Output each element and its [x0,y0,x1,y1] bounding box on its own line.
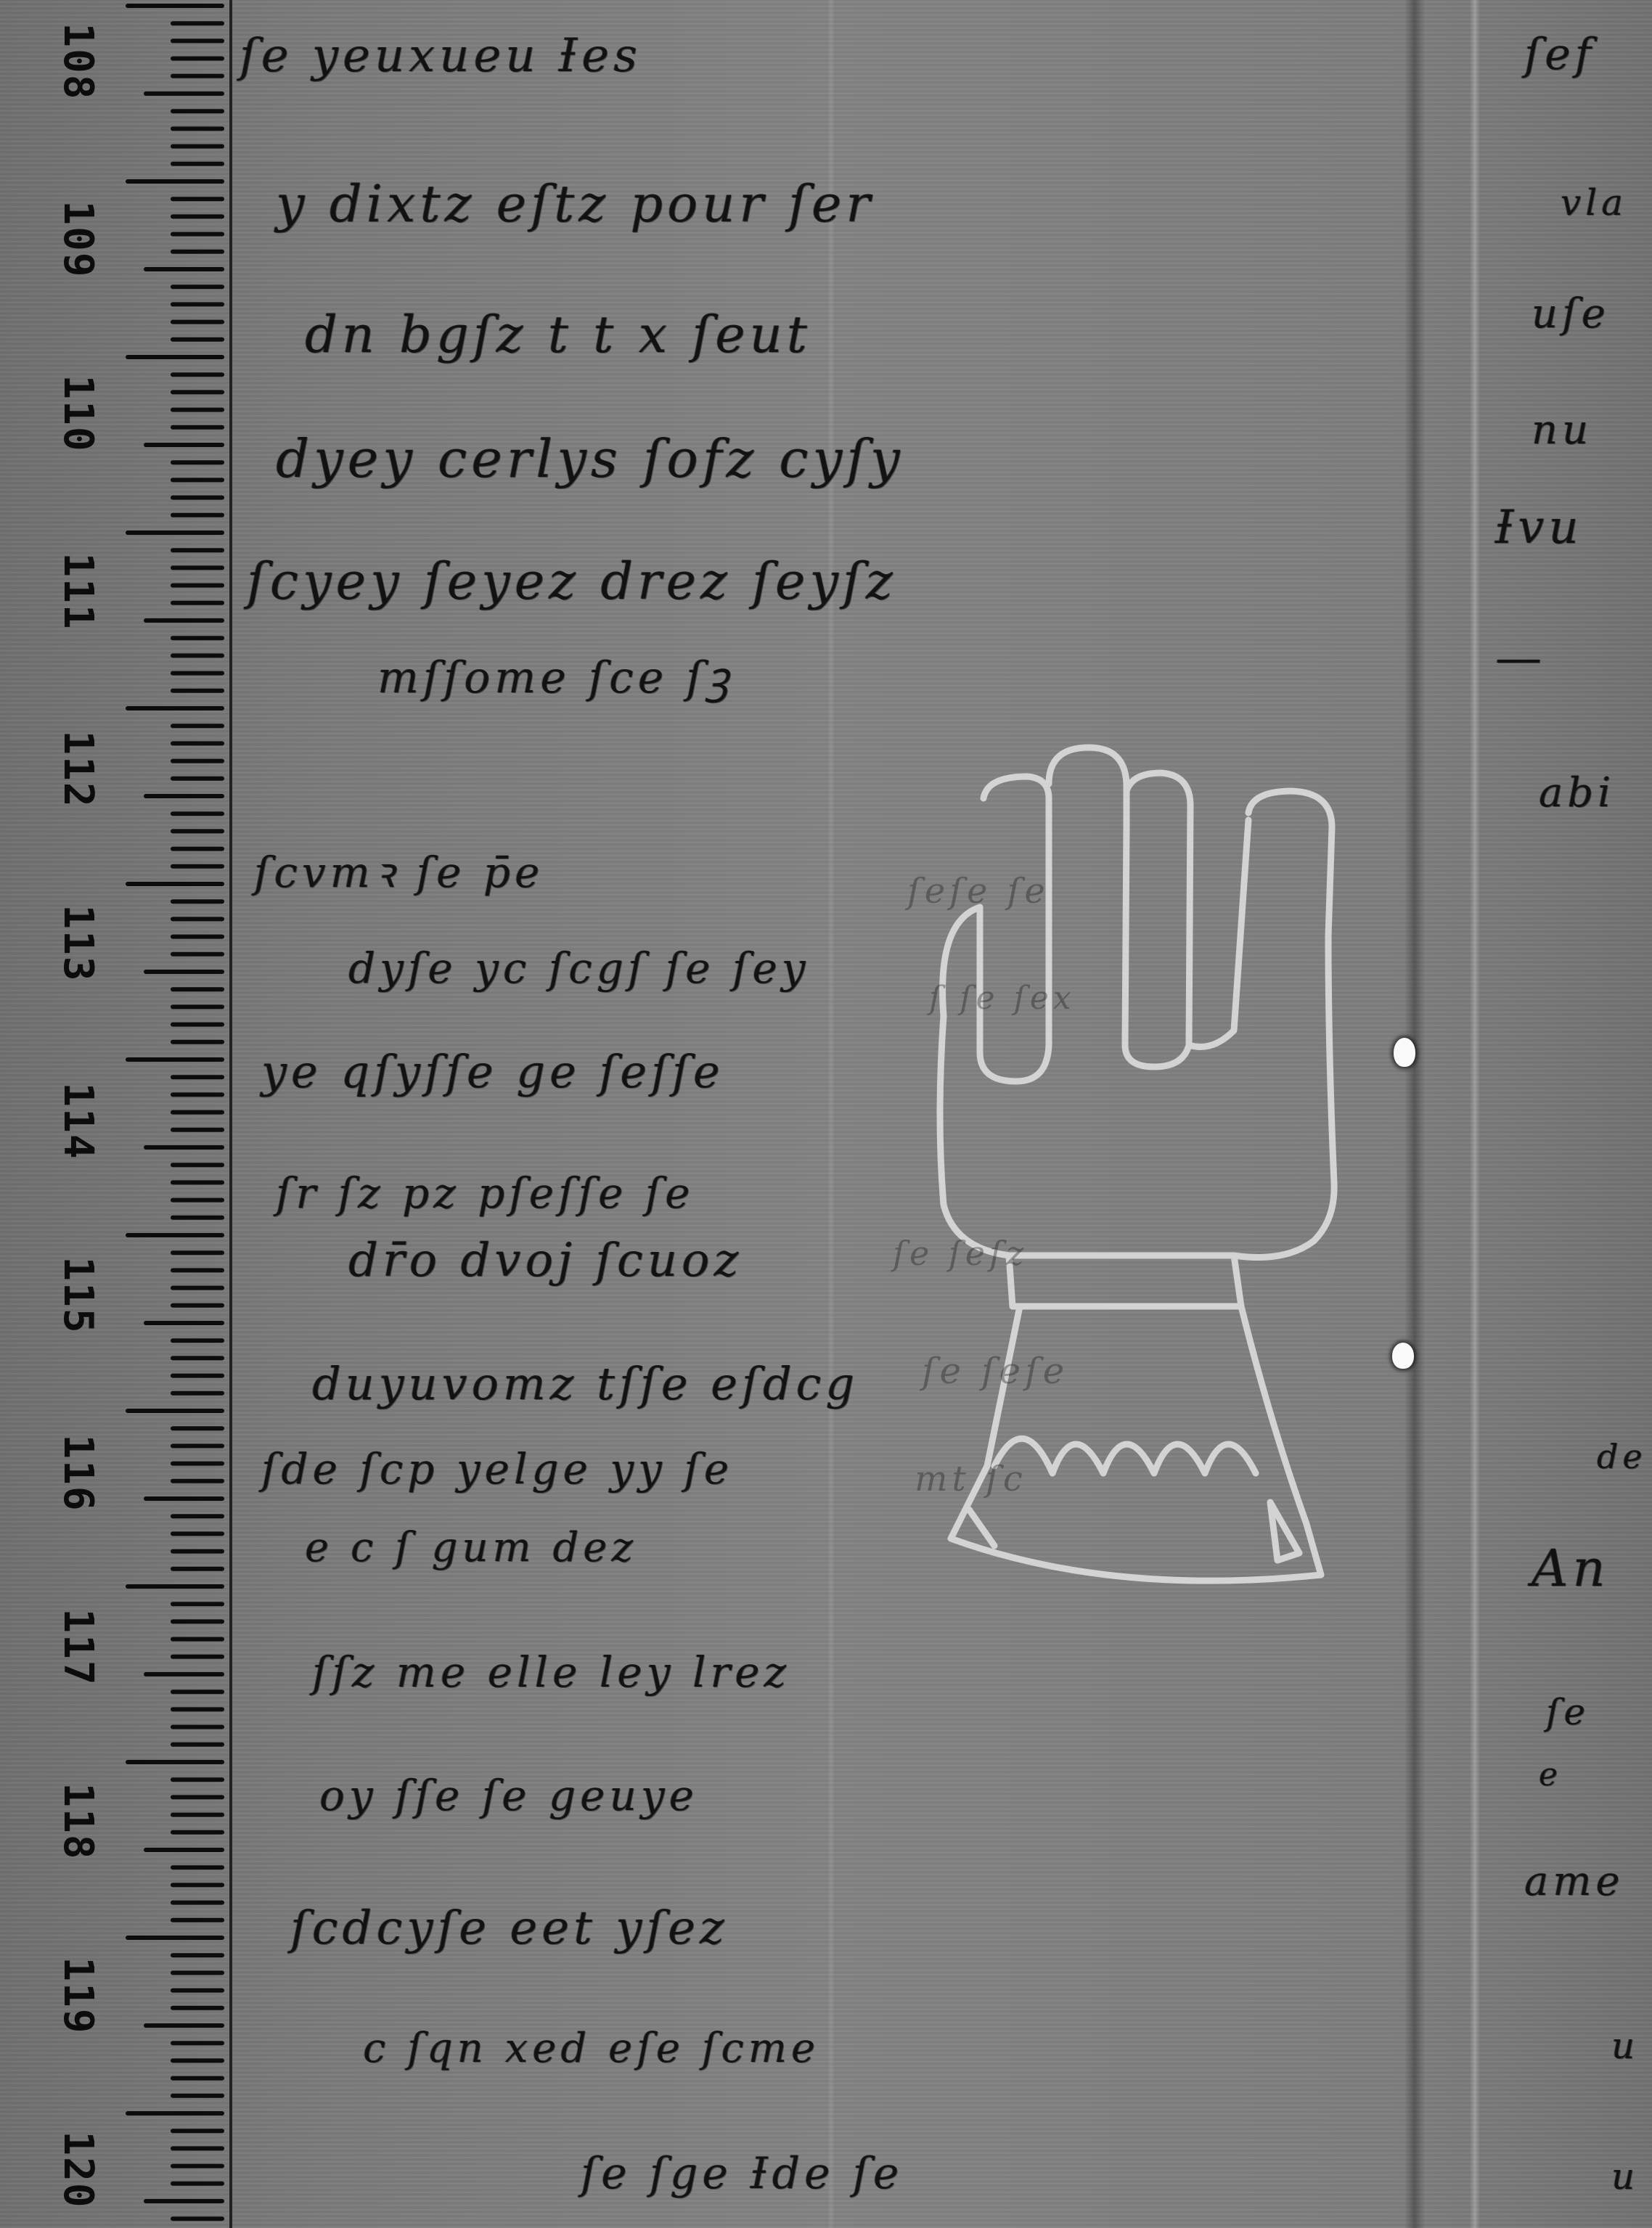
main-text-line: ſde ſcp yelge yy ſe [261,1444,733,1494]
measurement-ruler: 108109110111112113114115116117118119120 [0,0,232,2228]
main-text-line: e c ſ gum dez [305,1524,637,1571]
ruler-label: 109 [56,200,99,279]
main-text-line: ſcyey ſeyez drez ſeyſz [247,552,897,611]
main-text-line: dn bgſz t t x ſeut [305,305,811,364]
main-text-line: oy ſſe ſe geuye [319,1771,698,1820]
right-column-line: Ɨvu [1495,501,1583,554]
ruler-label: 117 [56,1607,99,1687]
right-column-line: ſe [1546,1691,1590,1733]
main-text-line: ſcdcyſe eet yſez [290,1901,729,1955]
right-column-line: An [1532,1539,1610,1598]
main-text-line: c ſqn xed eſe ſcme [363,2025,819,2072]
right-column-line: ſef [1524,29,1595,80]
ruler-edge [229,0,232,2228]
right-column-line: u [1611,2155,1639,2198]
manuscript-scan: ſe yeuxueu Ɨesy dixtz eſtz pour ſerdn bg… [0,0,1652,2228]
main-text-line: ye qſyſſe ge ſeſſe [261,1045,724,1098]
right-column-line: ame [1524,1858,1624,1905]
margin-note-line: ſe ſeſe [922,1350,1068,1392]
ruler-label: 108 [56,22,99,102]
main-text-line: ſſz me elle ley lrez [312,1647,790,1697]
ruler-label: 111 [56,552,99,631]
main-text-line: dyſe yc ſcgſ ſe ſey [348,943,810,993]
ruler-ticks [0,0,232,2228]
main-text-line: ſcvmꝛ ſe p̄e [254,842,544,899]
right-column-line: — [1495,631,1546,685]
ruler-label: 116 [56,1433,99,1513]
main-text-line: ſe yeuxueu Ɨes [240,29,642,83]
main-text-line: dr̄o dvoj ſcuoz [348,1234,743,1287]
ruler-label: 112 [56,729,99,809]
ruler-label: 110 [56,374,99,454]
ruler-label: 120 [56,2130,99,2210]
right-column-line: abi [1539,769,1615,816]
main-text-line: duyuvomz tſſe eſdcg [312,1357,859,1410]
right-column-line: u [1611,2025,1639,2067]
ruler-label: 114 [56,1081,99,1161]
handwriting-layer: ſe yeuxueu Ɨesy dixtz eſtz pour ſerdn bg… [0,0,1652,2228]
right-column-line: de [1597,1437,1647,1476]
right-column-line: vla [1561,181,1627,224]
ruler-label: 113 [56,904,99,983]
main-text-line: dyey cerlys ſofz cyſy [276,428,904,489]
ruler-label: 119 [56,1956,99,2036]
main-text-line: ſe ſge Ɨde ſe [581,2148,903,2199]
right-column-line: uſe [1532,290,1610,337]
margin-note-line: ſ ſe ſex [929,980,1076,1017]
main-text-line: y dixtz eſtz pour ſer [276,174,875,234]
ruler-label: 118 [56,1782,99,1862]
main-text-line: ſr ſz pz pſeſſe ſe [276,1168,695,1218]
margin-note-line: mt ſc [915,1459,1027,1499]
ruler-label: 115 [56,1256,99,1335]
margin-note-line: ſe ſeſz [893,1234,1028,1273]
main-text-line: mſſome ſce ſꝫ [377,646,733,705]
right-column-line: nu [1532,406,1592,454]
right-column-line: e [1539,1756,1562,1793]
margin-note-line: ſeſe ſe [907,871,1050,912]
